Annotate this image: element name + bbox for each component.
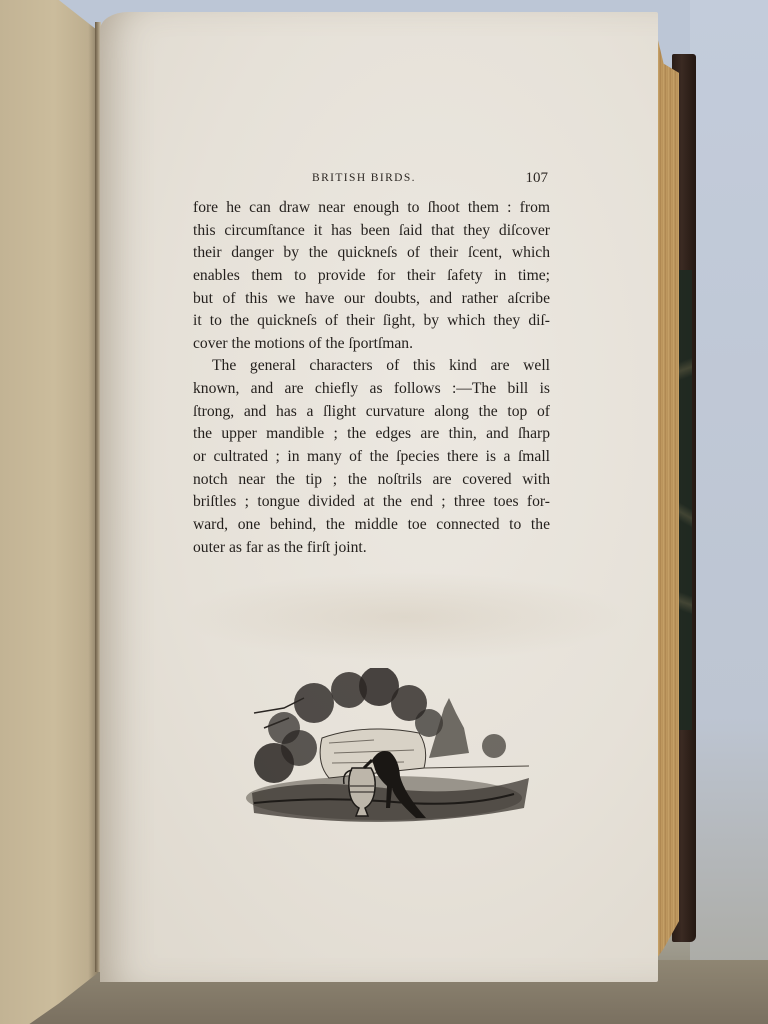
left-page [0,0,98,1024]
text-line: known, and are chiefly as follows :—The … [193,378,550,401]
text-line: ward, one behind, the middle toe connect… [193,514,550,537]
text-line: briſtles ; tongue divided at the end ; t… [193,491,550,514]
page-number: 107 [526,170,549,187]
text-line: notch near the tip ; the noſtrils are co… [193,469,550,492]
text-line: or cultrated ; in many of the ſpecies th… [193,446,550,469]
running-head: BRITISH BIRDS. 107 [212,172,548,192]
backdrop [690,0,768,1024]
text-line: The general characters of this kind are … [193,355,550,378]
page-block-edges [657,36,679,958]
text-line: fore he can draw near enough to ſhoot th… [193,197,550,220]
text-line: it to the quickneſs of their ſight, by w… [193,310,550,333]
text-line: enables them to provide for their ſafety… [193,265,550,288]
text-line: the upper mandible ; the edges are thin,… [193,423,550,446]
running-title: BRITISH BIRDS. [312,172,416,184]
text-line: cover the motions of the ſportſman. [193,333,550,356]
crow-and-pitcher-vignette [244,668,536,830]
text-line: outer as far as the firſt joint. [193,537,550,560]
text-line: this circumſtance it has been ſaid that … [193,220,550,243]
text-line: ſtrong, and has a ſlight curvature along… [193,401,550,424]
text-line: their danger by the quickneſs of their ſ… [193,242,550,265]
body-text: fore he can draw near enough to ſhoot th… [193,197,550,559]
text-line: but of this we have our doubts, and rath… [193,288,550,311]
